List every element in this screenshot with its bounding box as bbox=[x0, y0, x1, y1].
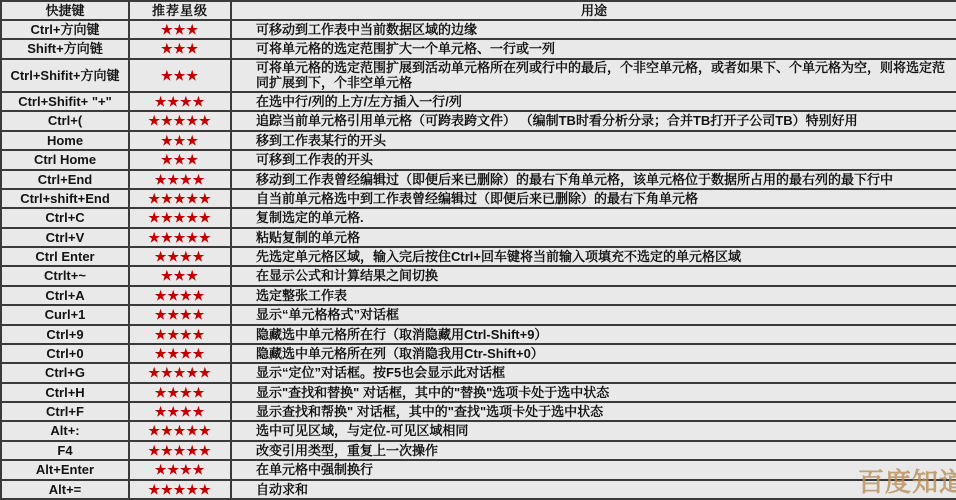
usage-cell: 移动到工作表曾经编辑过（即便后来已删除）的最右下角单元格，该单元格位于数据所占用… bbox=[231, 170, 956, 189]
table-row: Alt+Enter ★★★★ 在单元格中强制换行 bbox=[1, 460, 956, 479]
shortcut-key-cell: Ctrl+A bbox=[1, 286, 129, 305]
table-body: Ctrl+方向键 ★★★ 可移动到工作表中当前数据区域的边缘 Shift+方向链… bbox=[1, 20, 956, 499]
table-row: Ctrl+H ★★★★ 显示"查找和替换" 对话框，其中的"替换"选项卡处于选中… bbox=[1, 383, 956, 402]
usage-cell: 显示查找和帮换" 对话框，其中的"查找"选项卡处于选中状态 bbox=[231, 402, 956, 421]
shortcut-key-cell: Ctrl+shift+End bbox=[1, 189, 129, 208]
star-rating-cell: ★★★★★ bbox=[129, 208, 231, 227]
shortcut-key-cell: Ctrlt+~ bbox=[1, 266, 129, 285]
table-row: Ctrl+A ★★★★ 选定整张工作表 bbox=[1, 286, 956, 305]
star-rating-cell: ★★★★★ bbox=[129, 111, 231, 130]
usage-cell: 复制选定的单元格. bbox=[231, 208, 956, 227]
table-row: Ctrl+shift+End ★★★★★ 自当前单元格选中到工作表曾经编辑过（即… bbox=[1, 189, 956, 208]
shortcut-key-cell: Home bbox=[1, 131, 129, 150]
usage-cell: 可移到工作表的开头 bbox=[231, 150, 956, 169]
usage-cell: 移到工作表某行的开头 bbox=[231, 131, 956, 150]
shortcut-key-cell: Alt+: bbox=[1, 421, 129, 440]
usage-cell: 选定整张工作表 bbox=[231, 286, 956, 305]
shortcut-key-cell: F4 bbox=[1, 441, 129, 460]
usage-cell: 可移动到工作表中当前数据区域的边缘 bbox=[231, 20, 956, 39]
table-row: Ctrl Home ★★★ 可移到工作表的开头 bbox=[1, 150, 956, 169]
usage-cell: 先选定单元格区域，输入完后按住Ctrl+回车键将当前输入项填充不选定的单元格区域 bbox=[231, 247, 956, 266]
usage-cell: 显示"查找和替换" 对话框，其中的"替换"选项卡处于选中状态 bbox=[231, 383, 956, 402]
table-row: Ctrl+( ★★★★★ 追踪当前单元格引用单元格（可跨表跨文件） （编制TB时… bbox=[1, 111, 956, 130]
shortcut-key-cell: Ctrl+方向键 bbox=[1, 20, 129, 39]
shortcut-key-cell: Ctrl+9 bbox=[1, 325, 129, 344]
star-rating-cell: ★★★★★ bbox=[129, 228, 231, 247]
usage-cell: 自当前单元格选中到工作表曾经编辑过（即便后来已删除）的最右下角单元格 bbox=[231, 189, 956, 208]
star-rating-cell: ★★★★ bbox=[129, 402, 231, 421]
usage-cell: 选中可见区域，与定位-可见区域相同 bbox=[231, 421, 956, 440]
table-row: Ctrl+G ★★★★★ 显示“定位”对话框。按F5也会显示此对话框 bbox=[1, 363, 956, 382]
table-row: Alt+= ★★★★★ 自动求和 bbox=[1, 480, 956, 499]
table-row: Ctrl+9 ★★★★ 隐藏选中单元格所在行（取消隐藏用Ctrl-Shift+9… bbox=[1, 325, 956, 344]
usage-cell: 粘贴复制的单元格 bbox=[231, 228, 956, 247]
shortcut-key-cell: Ctrl+G bbox=[1, 363, 129, 382]
star-rating-cell: ★★★ bbox=[129, 20, 231, 39]
star-rating-cell: ★★★★ bbox=[129, 92, 231, 111]
star-rating-cell: ★★★★ bbox=[129, 325, 231, 344]
shortcut-key-cell: Ctrl+Shifit+方向键 bbox=[1, 59, 129, 92]
table-row: Ctrl Enter ★★★★ 先选定单元格区域，输入完后按住Ctrl+回车键将… bbox=[1, 247, 956, 266]
star-rating-cell: ★★★ bbox=[129, 59, 231, 92]
shortcut-reference-sheet: 快捷键 推荐星级 用途 Ctrl+方向键 ★★★ 可移动到工作表中当前数据区域的… bbox=[0, 0, 956, 500]
shortcut-key-cell: Ctrl+0 bbox=[1, 344, 129, 363]
table-row: Ctrl+0 ★★★★ 隐藏选中单元格所在列（取消隐我用Ctr-Shift+0） bbox=[1, 344, 956, 363]
shortcut-key-cell: Ctrl Home bbox=[1, 150, 129, 169]
header-star-rating: 推荐星级 bbox=[129, 1, 231, 20]
table-row: Ctrl+F ★★★★ 显示查找和帮换" 对话框，其中的"查找"选项卡处于选中状… bbox=[1, 402, 956, 421]
usage-cell: 可将单元格的选定范围扩大一个单元格、一行或一列 bbox=[231, 39, 956, 58]
table-row: Home ★★★ 移到工作表某行的开头 bbox=[1, 131, 956, 150]
star-rating-cell: ★★★★ bbox=[129, 247, 231, 266]
star-rating-cell: ★★★ bbox=[129, 131, 231, 150]
usage-cell: 自动求和 bbox=[231, 480, 956, 499]
star-rating-cell: ★★★ bbox=[129, 39, 231, 58]
star-rating-cell: ★★★★★ bbox=[129, 189, 231, 208]
table-row: Shift+方向链 ★★★ 可将单元格的选定范围扩大一个单元格、一行或一列 bbox=[1, 39, 956, 58]
shortcut-key-cell: Ctrl+End bbox=[1, 170, 129, 189]
table-row: Ctrl+Shifit+方向键 ★★★ 可将单元格的选定范围扩展到活动单元格所在… bbox=[1, 59, 956, 92]
star-rating-cell: ★★★★★ bbox=[129, 441, 231, 460]
usage-cell: 追踪当前单元格引用单元格（可跨表跨文件） （编制TB时看分析分录；合并TB打开子… bbox=[231, 111, 956, 130]
usage-cell: 隐藏选中单元格所在行（取消隐藏用Ctrl-Shift+9） bbox=[231, 325, 956, 344]
star-rating-cell: ★★★★ bbox=[129, 170, 231, 189]
table-row: F4 ★★★★★ 改变引用类型，重复上一次操作 bbox=[1, 441, 956, 460]
star-rating-cell: ★★★★ bbox=[129, 286, 231, 305]
shortcut-table: 快捷键 推荐星级 用途 Ctrl+方向键 ★★★ 可移动到工作表中当前数据区域的… bbox=[0, 0, 956, 500]
shortcut-key-cell: Alt+= bbox=[1, 480, 129, 499]
table-row: Ctrlt+~ ★★★ 在显示公式和计算结果之间切换 bbox=[1, 266, 956, 285]
star-rating-cell: ★★★★ bbox=[129, 460, 231, 479]
table-row: Ctrl+C ★★★★★ 复制选定的单元格. bbox=[1, 208, 956, 227]
shortcut-key-cell: Ctrl Enter bbox=[1, 247, 129, 266]
usage-cell: 隐藏选中单元格所在列（取消隐我用Ctr-Shift+0） bbox=[231, 344, 956, 363]
shortcut-key-cell: Ctrl+Shifit+ "+" bbox=[1, 92, 129, 111]
table-row: Ctrl+Shifit+ "+" ★★★★ 在选中行/列的上方/左方插入一行/列 bbox=[1, 92, 956, 111]
table-row: Ctrl+End ★★★★ 移动到工作表曾经编辑过（即便后来已删除）的最右下角单… bbox=[1, 170, 956, 189]
star-rating-cell: ★★★ bbox=[129, 266, 231, 285]
table-row: Alt+: ★★★★★ 选中可见区域，与定位-可见区域相同 bbox=[1, 421, 956, 440]
header-usage: 用途 bbox=[231, 1, 956, 20]
star-rating-cell: ★★★★★ bbox=[129, 363, 231, 382]
table-header-row: 快捷键 推荐星级 用途 bbox=[1, 1, 956, 20]
shortcut-key-cell: Ctrl+( bbox=[1, 111, 129, 130]
usage-cell: 改变引用类型，重复上一次操作 bbox=[231, 441, 956, 460]
usage-cell: 显示“定位”对话框。按F5也会显示此对话框 bbox=[231, 363, 956, 382]
usage-cell: 在显示公式和计算结果之间切换 bbox=[231, 266, 956, 285]
table-row: Ctrl+方向键 ★★★ 可移动到工作表中当前数据区域的边缘 bbox=[1, 20, 956, 39]
usage-cell: 显示“单元格格式”对话框 bbox=[231, 305, 956, 324]
star-rating-cell: ★★★★ bbox=[129, 305, 231, 324]
header-shortcut-key: 快捷键 bbox=[1, 1, 129, 20]
shortcut-key-cell: Ctrl+V bbox=[1, 228, 129, 247]
shortcut-key-cell: Shift+方向链 bbox=[1, 39, 129, 58]
shortcut-key-cell: Ctrl+H bbox=[1, 383, 129, 402]
star-rating-cell: ★★★ bbox=[129, 150, 231, 169]
table-row: Curl+1 ★★★★ 显示“单元格格式”对话框 bbox=[1, 305, 956, 324]
shortcut-key-cell: Ctrl+F bbox=[1, 402, 129, 421]
shortcut-key-cell: Ctrl+C bbox=[1, 208, 129, 227]
star-rating-cell: ★★★★★ bbox=[129, 480, 231, 499]
star-rating-cell: ★★★★ bbox=[129, 344, 231, 363]
table-row: Ctrl+V ★★★★★ 粘贴复制的单元格 bbox=[1, 228, 956, 247]
usage-cell: 在选中行/列的上方/左方插入一行/列 bbox=[231, 92, 956, 111]
usage-cell: 在单元格中强制换行 bbox=[231, 460, 956, 479]
star-rating-cell: ★★★★ bbox=[129, 383, 231, 402]
usage-cell: 可将单元格的选定范围扩展到活动单元格所在列或行中的最后，个非空单元格，或者如果下… bbox=[231, 59, 956, 92]
shortcut-key-cell: Alt+Enter bbox=[1, 460, 129, 479]
star-rating-cell: ★★★★★ bbox=[129, 421, 231, 440]
shortcut-key-cell: Curl+1 bbox=[1, 305, 129, 324]
